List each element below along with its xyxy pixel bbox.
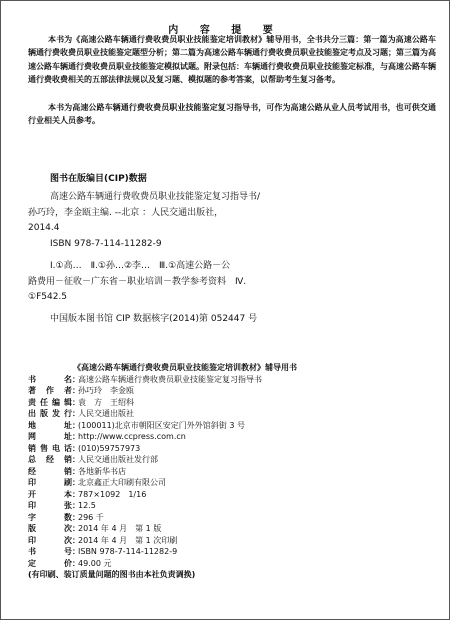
- colophon-label: 总经销: [28, 454, 72, 466]
- cip-block: 高速公路车辆通行费收费员职业技能鉴定复习指导书/ 孙巧玲，李金瓯主编. --北京…: [28, 190, 298, 306]
- colophon-value: ISBN 978-7-114-11282-9: [78, 546, 177, 558]
- colophon-row: 版次：2014 年 4 月 第 1 版: [28, 523, 297, 535]
- colophon-row: 定价：49.00 元: [28, 558, 297, 570]
- colophon-value: 787×1092 1/16: [78, 489, 146, 501]
- colophon-note: (有印刷、装订质量问题的图书由本社负责调换): [28, 569, 297, 581]
- colophon-value: 北京鑫正大印刷有限公司: [78, 477, 166, 489]
- colophon-value: (010)59757973: [78, 443, 140, 455]
- colophon-value: 高速公路车辆通行费收费员职业技能鉴定复习指导书: [78, 374, 262, 386]
- colophon-row: 印刷：北京鑫正大印刷有限公司: [28, 477, 297, 489]
- colophon-value: 49.00 元: [78, 558, 111, 570]
- colophon-value: 人民交通出版社发行部: [78, 454, 158, 466]
- colophon-row: 销售电话：(010)59757973: [28, 443, 297, 455]
- colophon-value: http://www.ccpress.com.cn: [78, 431, 186, 443]
- colophon-value: (100011)北京市朝阳区安定门外外馆斜街 3 号: [78, 420, 245, 432]
- colophon-label: 著作者: [28, 385, 72, 397]
- cip-line-1: 高速公路车辆通行费收费员职业技能鉴定复习指导书/: [28, 190, 298, 206]
- colophon-label: 销售电话: [28, 443, 72, 455]
- cip-class-1: Ⅰ.①高… Ⅱ.①孙…②李… Ⅲ.①高速公路－公: [28, 259, 298, 275]
- colophon-row: 字数：296 千: [28, 512, 297, 524]
- colophon-row: 总经销：人民交通出版社发行部: [28, 454, 297, 466]
- colophon-label: 责任编辑: [28, 397, 72, 409]
- colophon-value: 人民交通出版社: [78, 408, 134, 420]
- cip-isbn: ISBN 978-7-114-11282-9: [28, 237, 298, 253]
- colophon-value: 2014 年 4 月 第 1 次印刷: [78, 535, 177, 547]
- colophon-series: 《高速公路车辆通行费收费员职业技能鉴定培训教材》辅导用书: [28, 362, 297, 374]
- colophon-row: 著作者：孙巧玲 李金瓯: [28, 385, 297, 397]
- colophon-value: 296 千: [78, 512, 104, 524]
- cip-line-3: 2014.4: [28, 221, 298, 237]
- colophon: 《高速公路车辆通行费收费员职业技能鉴定培训教材》辅导用书 书名：高速公路车辆通行…: [28, 362, 297, 581]
- colophon-row: 出版发行：人民交通出版社: [28, 408, 297, 420]
- colophon-label: 开本: [28, 489, 72, 501]
- cip-line-2: 孙巧玲，李金瓯主编. --北京 ：人民交通出版社，: [28, 206, 298, 222]
- cip-heading: 图书在版编目(CIP)数据: [50, 171, 147, 184]
- colophon-label: 经销: [28, 466, 72, 478]
- colophon-value: 各地新华书店: [78, 466, 126, 478]
- cip-class-3: ①F542.5: [28, 290, 298, 306]
- colophon-row: 经销：各地新华书店: [28, 466, 297, 478]
- colophon-label: 出版发行: [28, 408, 72, 420]
- colophon-row: 网址：http://www.ccpress.com.cn: [28, 431, 297, 443]
- colophon-value: 孙巧玲 李金瓯: [78, 385, 134, 397]
- colophon-row: 责任编辑：袁 方 王绍科: [28, 397, 297, 409]
- colophon-row: 书名：高速公路车辆通行费收费员职业技能鉴定复习指导书: [28, 374, 297, 386]
- cip-class-2: 路费用－征收－广东省－职业培训－教学参考资料 Ⅳ.: [28, 275, 298, 291]
- colophon-label: 地址: [28, 420, 72, 432]
- colophon-row: 印次：2014 年 4 月 第 1 次印刷: [28, 535, 297, 547]
- colophon-label: 印刷: [28, 477, 72, 489]
- colophon-row: 开本：787×1092 1/16: [28, 489, 297, 501]
- colophon-row: 书号：ISBN 978-7-114-11282-9: [28, 546, 297, 558]
- summary-paragraph-2: 本书为高速公路车辆通行费收费员职业技能鉴定复习指导书，可作为高速公路从业人员考试…: [28, 101, 436, 128]
- colophon-label: 印张: [28, 500, 72, 512]
- colophon-label: 网址: [28, 431, 72, 443]
- colophon-row: 地址：(100011)北京市朝阳区安定门外外馆斜街 3 号: [28, 420, 297, 432]
- colophon-label: 定价: [28, 558, 72, 570]
- colophon-row: 印张：12.5: [28, 500, 297, 512]
- colophon-label: 字数: [28, 512, 72, 524]
- colophon-value: 袁 方 王绍科: [78, 397, 134, 409]
- colophon-label: 版次: [28, 523, 72, 535]
- summary-paragraph-1: 本书为《高速公路车辆通行费收费员职业技能鉴定培训教材》辅导用书，全书共分三篇：第…: [28, 33, 436, 86]
- copyright-page: 内 容 提 要 本书为《高速公路车辆通行费收费员职业技能鉴定培训教材》辅导用书，…: [0, 0, 450, 620]
- cip-record-number: 中国版本图书馆 CIP 数据核字(2014)第 052447 号: [50, 311, 257, 324]
- colophon-label: 书名: [28, 374, 72, 386]
- colophon-label: 印次: [28, 535, 72, 547]
- colophon-value: 2014 年 4 月 第 1 版: [78, 523, 161, 535]
- colophon-value: 12.5: [78, 500, 96, 512]
- colophon-label: 书号: [28, 546, 72, 558]
